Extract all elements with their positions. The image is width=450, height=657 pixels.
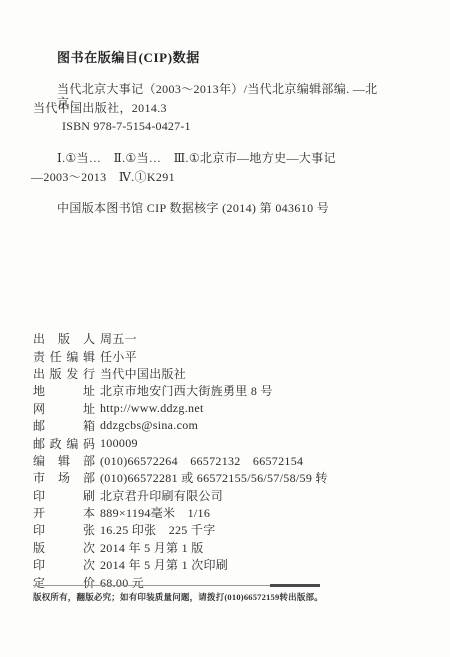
copyright-page: 图书在版编目(CIP)数据 当代北京大事记（2003～2013年）/当代北京编辑… xyxy=(0,0,450,657)
publication-label: 印张 xyxy=(33,521,95,538)
cip-title-line2: 当代中国出版社，2014.3 xyxy=(33,101,167,115)
cip-record-number: 中国版本图书馆 CIP 数据核字 (2014) 第 043610 号 xyxy=(57,201,329,215)
publication-value: 北京君升印刷有限公司 xyxy=(100,487,223,504)
footer-divider-line xyxy=(33,585,320,586)
publication-row-publisher: 出版发行 当代中国出版社 xyxy=(33,365,423,382)
publication-row-sheets: 印张 16.25 印张 225 千字 xyxy=(33,521,423,538)
publication-value: (010)66572281 或 66572155/56/57/58/59 转 xyxy=(100,469,328,486)
publication-label: 印刷 xyxy=(33,487,95,504)
publication-row-email: 邮箱 ddzgcbs@sina.com xyxy=(33,417,423,434)
publication-label: 开本 xyxy=(33,504,95,521)
publication-value: ddzgcbs@sina.com xyxy=(100,418,198,433)
publication-label: 定价 xyxy=(33,574,95,591)
publication-row-website: 网址 http://www.ddzg.net xyxy=(33,400,423,417)
publication-value: 2014 年 5 月第 1 版 xyxy=(100,539,204,556)
publication-value: 当代中国出版社 xyxy=(100,365,186,382)
publication-value: 68.00 元 xyxy=(100,574,144,591)
publication-label: 邮箱 xyxy=(33,417,95,434)
publication-value: http://www.ddzg.net xyxy=(100,401,204,416)
publication-label: 出版人 xyxy=(33,330,95,347)
publication-row-printer: 印刷 北京君升印刷有限公司 xyxy=(33,487,423,504)
publication-row-printing: 印次 2014 年 5 月第 1 次印刷 xyxy=(33,556,423,573)
publication-row-format: 开本 889×1194毫米 1/16 xyxy=(33,504,423,521)
footer-divider-thick-segment xyxy=(270,584,320,587)
publication-info-block: 出版人 周五一 责任编辑 任小平 出版发行 当代中国出版社 地址 北京市地安门西… xyxy=(33,330,423,591)
publication-value: 周五一 xyxy=(100,330,137,347)
publication-label: 印次 xyxy=(33,556,95,573)
publication-label: 网址 xyxy=(33,400,95,417)
cip-class-line1: Ⅰ.①当… Ⅱ.①当… Ⅲ.①北京市—地方史—大事记 xyxy=(57,151,387,165)
publication-value: 100009 xyxy=(100,436,138,451)
publication-value: 2014 年 5 月第 1 次印刷 xyxy=(100,556,228,573)
publication-row-editorial-dept: 编辑部 (010)66572264 66572132 66572154 xyxy=(33,452,423,469)
publication-label: 责任编辑 xyxy=(33,348,95,365)
publication-value: 北京市地安门西大街旌勇里 8 号 xyxy=(100,382,273,399)
isbn-line: ISBN 978-7-5154-0427-1 xyxy=(62,119,191,133)
publication-label: 市场部 xyxy=(33,469,95,486)
cip-class-line2: —2003～2013 Ⅳ.①K291 xyxy=(31,170,175,184)
publication-row-edition: 版次 2014 年 5 月第 1 版 xyxy=(33,539,423,556)
publication-row-publisher-person: 出版人 周五一 xyxy=(33,330,423,347)
publication-row-address: 地址 北京市地安门西大街旌勇里 8 号 xyxy=(33,382,423,399)
publication-value: 任小平 xyxy=(100,348,137,365)
publication-row-marketing-dept: 市场部 (010)66572281 或 66572155/56/57/58/59… xyxy=(33,469,423,486)
publication-label: 邮政编码 xyxy=(33,435,95,452)
publication-value: 889×1194毫米 1/16 xyxy=(100,504,210,521)
publication-label: 地址 xyxy=(33,382,95,399)
publication-row-editor: 责任编辑 任小平 xyxy=(33,347,423,364)
publication-label: 出版发行 xyxy=(33,365,95,382)
copyright-notice: 版权所有，翻版必究；如有印装质量问题，请拨打(010)66572159转出版部。 xyxy=(33,592,333,603)
publication-row-price: 定价 68.00 元 xyxy=(33,573,423,590)
publication-label: 版次 xyxy=(33,539,95,556)
publication-value: (010)66572264 66572132 66572154 xyxy=(100,452,303,469)
publication-value: 16.25 印张 225 千字 xyxy=(100,521,216,538)
publication-label: 编辑部 xyxy=(33,452,95,469)
publication-row-postcode: 邮政编码 100009 xyxy=(33,434,423,451)
cip-heading: 图书在版编目(CIP)数据 xyxy=(57,47,200,66)
